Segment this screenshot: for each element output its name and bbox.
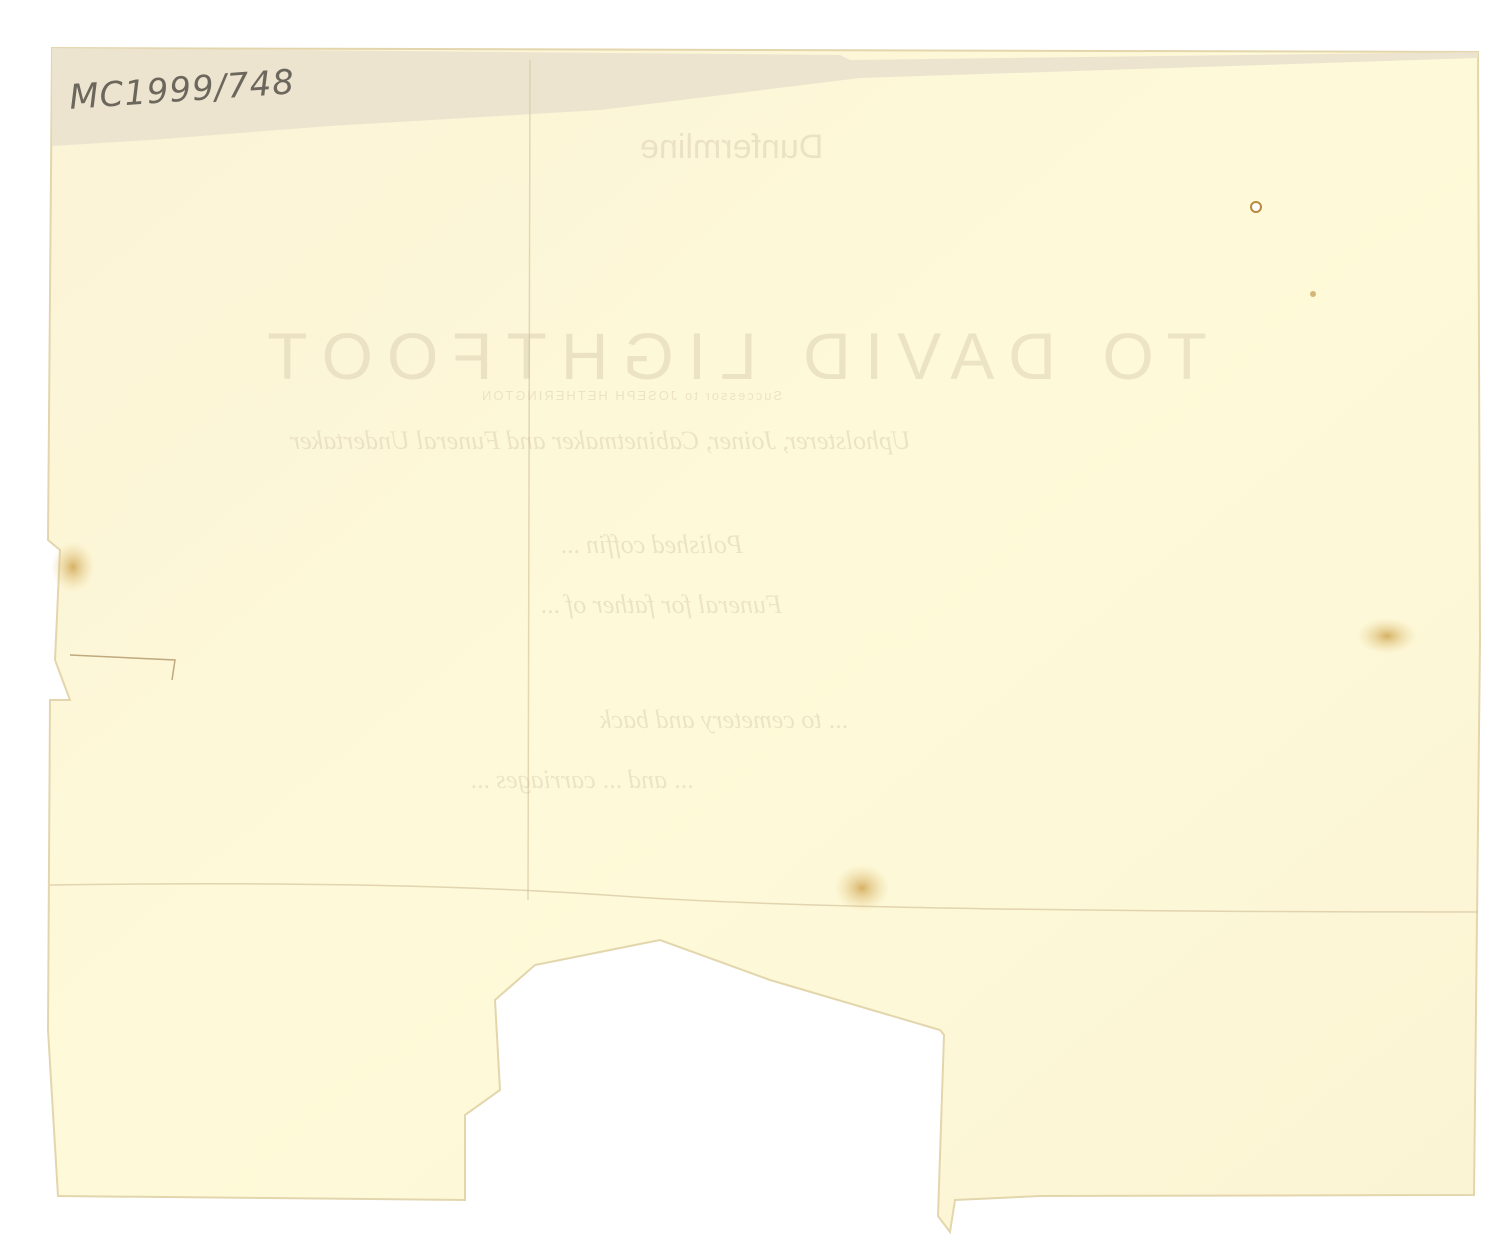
stain <box>51 541 95 593</box>
scanned-document: Dunfermline TO DAVID LIGHTFOOT Successor… <box>0 0 1500 1259</box>
ghost-heading-text: TO DAVID LIGHTFOOT <box>210 318 1250 394</box>
ghost-subheading-text: Successor to JOSEPH HETHERINGTON <box>480 388 782 403</box>
stain <box>1357 618 1417 654</box>
spot <box>1310 291 1316 297</box>
ghost-line: Funeral for father of ... <box>540 590 782 620</box>
ghost-line: Polished coffin ... <box>560 530 743 560</box>
ghost-trade-text: Upholsterer, Joiner, Cabinetmaker and Fu… <box>290 426 911 456</box>
ghost-town-text: Dunfermline <box>640 128 823 167</box>
stain <box>834 864 890 912</box>
ghost-line: ... to cemetery and back <box>600 705 848 735</box>
ghost-line: ... and ... carriages ... <box>470 765 693 795</box>
paper-body <box>48 48 1480 1232</box>
pin-hole <box>1251 202 1261 212</box>
paper-shape <box>0 0 1500 1259</box>
